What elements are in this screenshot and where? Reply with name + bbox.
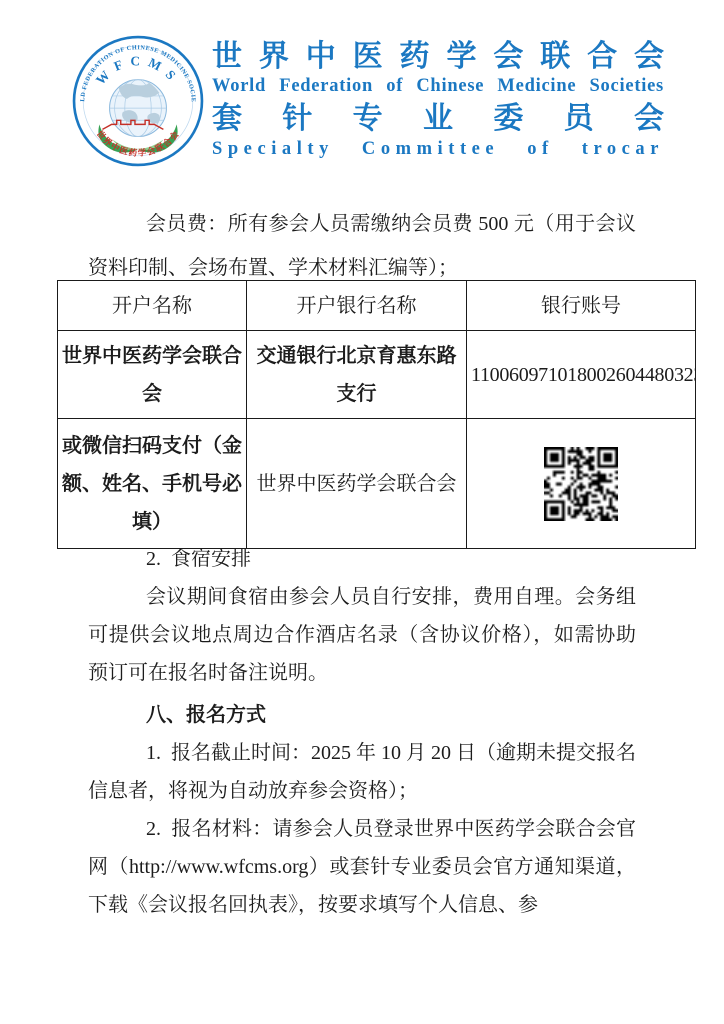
committee-title-en: Specialty Committee of trocar bbox=[212, 137, 664, 161]
wfcms-logo-icon: WORLD FEDERATION OF CHINESE MEDICINE SOC… bbox=[72, 35, 204, 167]
accommodation-paragraph: 会议期间食宿由参会人员自行安排，费用自理。会务组可提供会议地点周边合作酒店名录（… bbox=[88, 578, 636, 692]
header-account-name: 开户名称 bbox=[58, 281, 247, 331]
table-header-row: 开户名称 开户银行名称 银行账号 bbox=[58, 281, 696, 331]
committee-title-cn: 套针专业委员会 bbox=[212, 101, 664, 137]
cell-account-number: 110060971018002604480323 bbox=[467, 331, 696, 419]
document-page: WORLD FEDERATION OF CHINESE MEDICINE SOC… bbox=[0, 0, 724, 1024]
header-bank-name: 开户银行名称 bbox=[247, 281, 467, 331]
registration-section-heading: 八、报名方式 bbox=[88, 696, 636, 734]
registration-materials-paragraph: 2. 报名材料：请参会人员登录世界中医药学会联合会官网（http://www.w… bbox=[88, 810, 636, 924]
table-row: 或微信扫码支付（金额、姓名、手机号必填） 世界中医药学会联合会 bbox=[58, 419, 696, 549]
registration-deadline-paragraph: 1. 报名截止时间：2025 年 10 月 20 日（逾期未提交报名信息者，将视… bbox=[88, 734, 636, 810]
cell-bank-name: 交通银行北京育惠东路支行 bbox=[247, 331, 467, 419]
header-account-number: 银行账号 bbox=[467, 281, 696, 331]
cell-wechat-method: 或微信扫码支付（金额、姓名、手机号必填） bbox=[58, 419, 247, 549]
cell-wechat-payee: 世界中医药学会联合会 bbox=[247, 419, 467, 549]
letterhead: WORLD FEDERATION OF CHINESE MEDICINE SOC… bbox=[72, 35, 664, 167]
bank-account-table: 开户名称 开户银行名称 银行账号 世界中医药学会联合会 交通银行北京育惠东路支行… bbox=[57, 280, 696, 549]
document-body: 2. 食宿安排 会议期间食宿由参会人员自行安排，费用自理。会务组可提供会议地点周… bbox=[88, 540, 636, 924]
cell-qr bbox=[467, 419, 696, 549]
membership-fee-paragraph: 会员费：所有参会人员需缴纳会员费 500 元（用于会议资料印制、会场布置、学术材… bbox=[88, 202, 636, 290]
cell-account-name: 世界中医药学会联合会 bbox=[58, 331, 247, 419]
table-row: 世界中医药学会联合会 交通银行北京育惠东路支行 1100609710180026… bbox=[58, 331, 696, 419]
org-title-cn: 世界中医药学会联合会 bbox=[212, 39, 664, 75]
accommodation-heading: 2. 食宿安排 bbox=[88, 540, 636, 578]
org-titles: 世界中医药学会联合会 World Federation of Chinese M… bbox=[212, 39, 664, 167]
wechat-qr-code-icon bbox=[544, 447, 618, 521]
org-title-en: World Federation of Chinese Medicine Soc… bbox=[212, 75, 664, 98]
